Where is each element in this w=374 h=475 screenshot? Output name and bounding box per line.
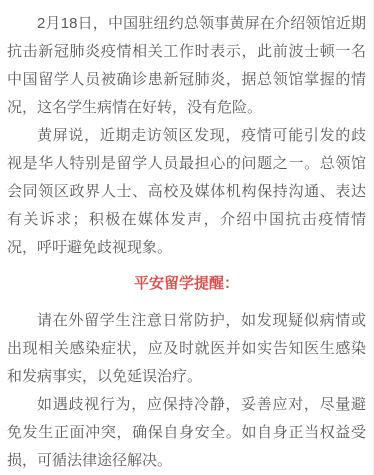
alert-paragraph-1: 请在外留学生注意日常防护，如发现疑似病情或出现相关感染症状，应及时就医并如实告知… bbox=[7, 307, 366, 391]
article-paragraph-1: 2月18日，中国驻纽约总领事黄屏在介绍领馆近期抗击新冠肺炎疫情相关工作时表示，此… bbox=[7, 10, 366, 122]
alert-heading: 平安留学提醒： bbox=[7, 270, 366, 298]
alert-paragraph-2: 如遇歧视行为，应保持冷静，妥善应对，尽量避免发生正面冲突，确保自身安全。如自身正… bbox=[7, 391, 366, 475]
article-body: 2月18日，中国驻纽约总领事黄屏在介绍领馆近期抗击新冠肺炎疫情相关工作时表示，此… bbox=[0, 0, 374, 475]
article-paragraph-2: 黄屏说，近期走访领区发现，疫情可能引发的歧视是华人特别是留学人员最担心的问题之一… bbox=[7, 122, 366, 262]
